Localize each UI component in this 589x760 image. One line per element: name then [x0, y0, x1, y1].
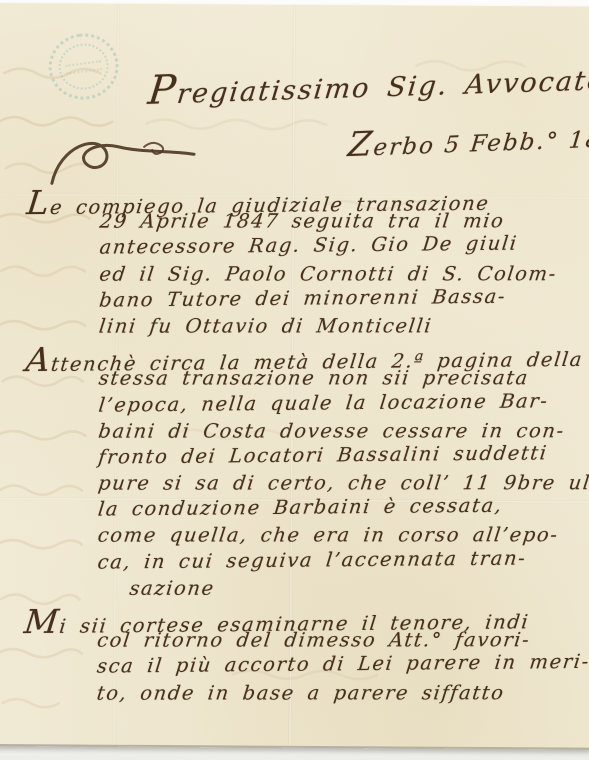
handwritten-line: la conduzione Barbaini è cessata,: [96, 493, 573, 524]
handwritten-line: ca, in cui seguiva l’accennata tran-: [96, 546, 573, 577]
handwritten-line: to, onde in base a parere siffatto: [95, 681, 572, 708]
handwritten-line: sca il più accorto di Lei parere in meri…: [95, 650, 572, 681]
handwritten-line: Le compiego la giudiziale transazione: [26, 178, 575, 209]
handwritten-line: antecessore Rag. Sig. Gio De giuli: [98, 231, 575, 262]
letter-body: Le compiego la giudiziale transazione29 …: [25, 183, 573, 710]
handwritten-line: l’epoca, nella quale la locazione Bar-: [97, 389, 574, 420]
handwritten-line: fronto dei Locatori Bassalini suddetti: [97, 441, 574, 472]
handwritten-line: Attenchè circa la metà della 2.ª pagina …: [25, 335, 574, 366]
letter-page: Pregiatissimo Sig. Avvocato Zerbo 5 Febb…: [0, 3, 589, 750]
handwritten-line: Mi sii cortese esaminarne il tenore, ind…: [24, 597, 573, 628]
scan-background: Pregiatissimo Sig. Avvocato Zerbo 5 Febb…: [0, 0, 589, 760]
handwritten-line: bano Tutore dei minorenni Bassa-: [98, 284, 575, 315]
